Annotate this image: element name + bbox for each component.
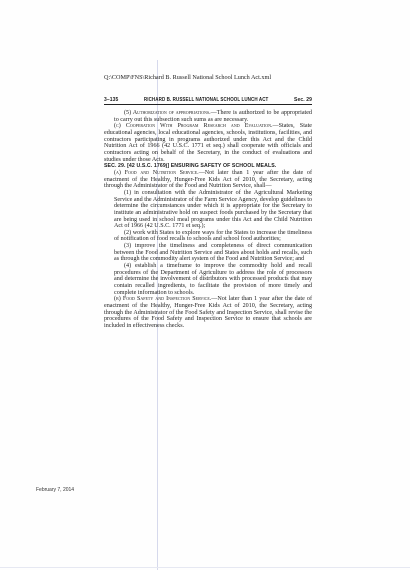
page-edge <box>0 567 410 568</box>
paragraph-authorization: (5) Authorization of appropriations.—The… <box>104 110 312 123</box>
paragraph-cooperation: (c) Cooperation With Program Research an… <box>104 123 312 163</box>
paragraph-item-2: (2) work with States to explore ways for… <box>104 230 312 243</box>
footer-date: February 7, 2014 <box>36 487 74 493</box>
section-heading: SEC. 29. [42 U.S.C. 1769j] ENSURING SAFE… <box>104 163 312 170</box>
page-number: 3–135 <box>104 97 118 103</box>
paragraph-item-4: (4) establish a timeframe to improve the… <box>104 263 312 296</box>
running-header: 3–135 RICHARD B. RUSSELL NATIONAL SCHOOL… <box>104 97 312 105</box>
file-path: Q:\COMP\FNS\Richard B. Russell National … <box>104 74 271 81</box>
paragraph-fsis: (b) Food Safety and Inspection Service.—… <box>104 296 312 329</box>
section-label: Sec. 29 <box>294 97 312 103</box>
paragraph-item-1: (1) in consultation with the Administrat… <box>104 190 312 230</box>
paragraph-item-3: (3) improve the timeliness and completen… <box>104 243 312 263</box>
running-title: RICHARD B. RUSSELL NATIONAL SCHOOL LUNCH… <box>144 97 268 103</box>
paragraph-fns: (a) Food and Nutrition Service.—Not late… <box>104 170 312 190</box>
document-body: (5) Authorization of appropriations.—The… <box>104 110 312 330</box>
